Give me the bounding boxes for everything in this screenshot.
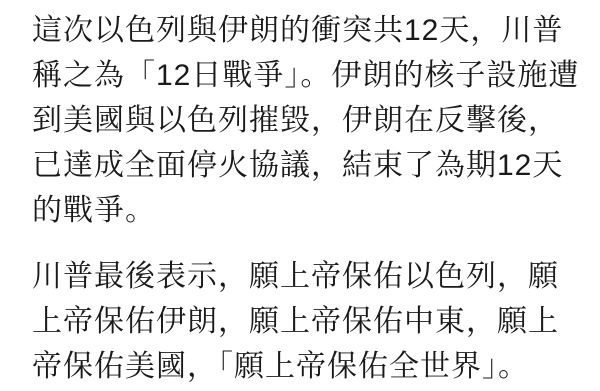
text-line: 的戰爭。: [32, 188, 582, 233]
text-line: 稱之為「12日戰爭」。伊朗的核子設施遭: [32, 53, 582, 98]
text-line: 帝保佑美國，「願上帝保佑全世界」。: [32, 344, 582, 389]
paragraph-trump-blessing: 川普最後表示，願上帝保佑以色列，願 上帝保佑伊朗，願上帝保佑中東，願上 帝保佑美…: [32, 254, 582, 389]
text-line: 川普最後表示，願上帝保佑以色列，願: [32, 254, 582, 299]
article-text: 這次以色列與伊朗的衝突共12天，川普 稱之為「12日戰爭」。伊朗的核子設施遭 到…: [0, 0, 600, 389]
paragraph-war-summary: 這次以色列與伊朗的衝突共12天，川普 稱之為「12日戰爭」。伊朗的核子設施遭 到…: [32, 8, 582, 233]
text-line: 這次以色列與伊朗的衝突共12天，川普: [32, 8, 582, 53]
article-page: 這次以色列與伊朗的衝突共12天，川普 稱之為「12日戰爭」。伊朗的核子設施遭 到…: [0, 0, 600, 391]
text-line: 到美國與以色列摧毀，伊朗在反擊後，: [32, 98, 582, 143]
text-line: 上帝保佑伊朗，願上帝保佑中東，願上: [32, 299, 582, 344]
text-line: 已達成全面停火協議，結束了為期12天: [32, 143, 582, 188]
